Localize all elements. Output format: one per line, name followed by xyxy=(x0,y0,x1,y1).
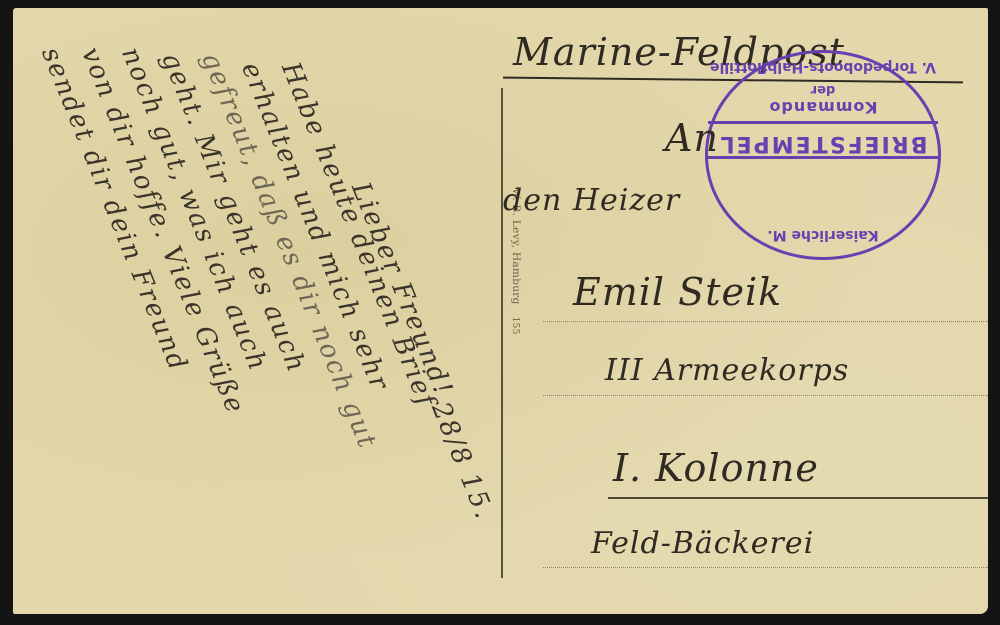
stamp-main-text: BRIEFSTEMPEL xyxy=(708,131,938,156)
center-divider xyxy=(501,88,503,578)
address-an: An xyxy=(665,116,719,160)
message-date: 28/8 15. xyxy=(425,398,499,524)
address-line-5: Feld-Bäckerei xyxy=(591,526,814,561)
stamp-der-text: der xyxy=(708,82,938,97)
address-dotted-line-2 xyxy=(543,395,988,396)
address-line-4: I. Kolonne xyxy=(613,446,819,490)
publisher-number: 155 xyxy=(510,317,520,335)
stamp-top-arc-text: V. Torpedoboots-Halbflottille xyxy=(708,59,938,75)
stamp-bottom-arc-text: Kaiserliche M. xyxy=(708,227,938,243)
briefstempel-stamp: Kaiserliche M. BRIEFSTEMPEL Kommando der… xyxy=(705,50,941,260)
postcard: Marine-Feldpost W. B. Levy, Hamburg155 K… xyxy=(13,8,988,614)
address-dotted-line-1 xyxy=(543,321,988,322)
address-dotted-line-4 xyxy=(543,567,988,568)
address-underline-3 xyxy=(608,497,988,499)
address-line-1: den Heizer xyxy=(503,183,680,218)
address-line-3: III Armeekorps xyxy=(605,353,849,388)
stamp-kommando-text: Kommando xyxy=(708,98,938,117)
address-line-2: Emil Steik xyxy=(573,270,782,314)
